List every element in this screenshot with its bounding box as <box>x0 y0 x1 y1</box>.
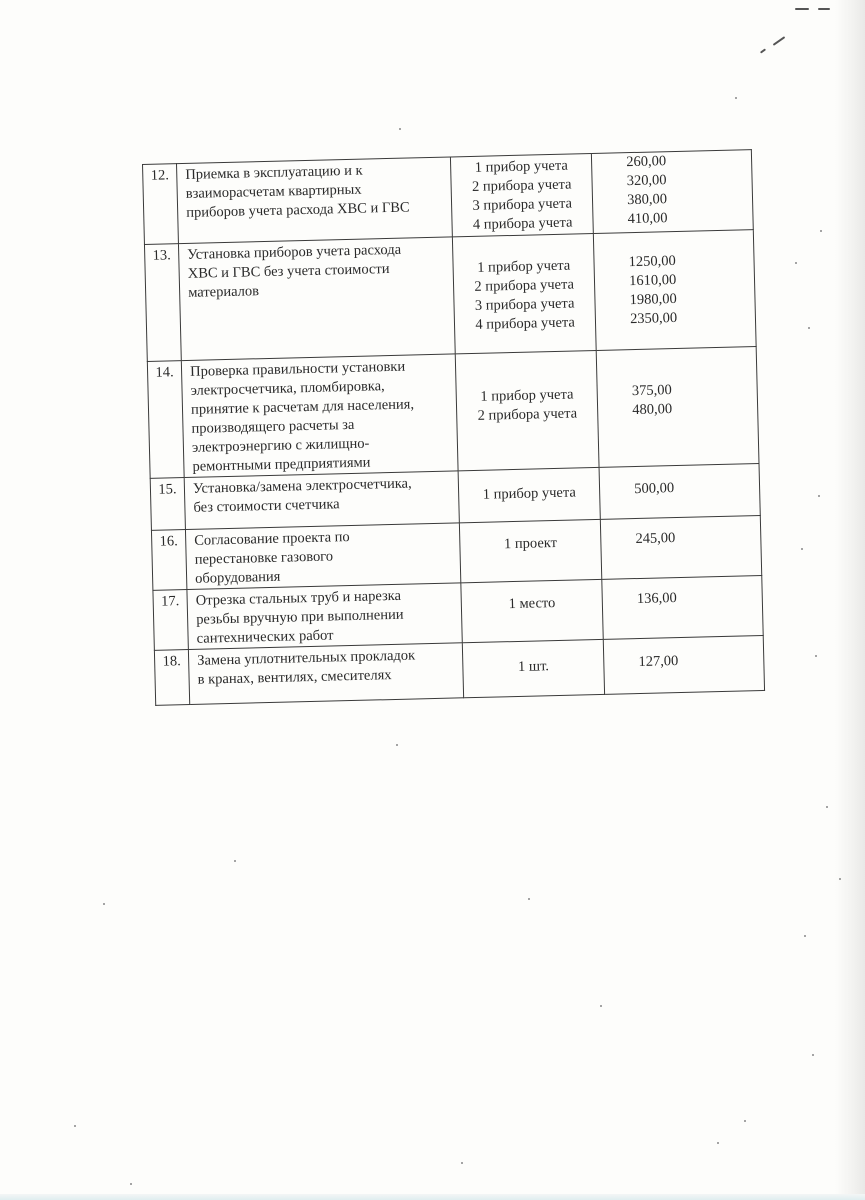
speck <box>399 128 401 130</box>
unit-of-measure: 1 прибор учета <box>458 467 600 522</box>
service-description: Замена уплотнительных прокладокв кранах,… <box>188 643 463 705</box>
price-line: 2350,00 <box>630 307 755 329</box>
speck <box>801 548 803 550</box>
row-number: 15. <box>150 478 185 531</box>
unit-of-measure: 1 место <box>461 579 603 642</box>
price-line: 136,00 <box>637 587 762 609</box>
table-row: 12.Приемка в эксплуатацию и квзаиморасче… <box>143 150 754 245</box>
unit-of-measure: 1 шт. <box>462 639 604 697</box>
service-description: Установка приборов учета расходаХВС и ГВ… <box>179 237 456 361</box>
speck <box>795 262 797 264</box>
unit-line: 1 проект <box>460 533 600 555</box>
scan-bottom-edge <box>0 1194 865 1200</box>
unit-line: 1 прибор учета <box>459 483 599 505</box>
scan-mark <box>818 8 830 10</box>
service-description: Приемка в эксплуатацию и квзаиморасчетам… <box>177 157 453 244</box>
table-row: 14.Проверка правильности установкиэлектр… <box>147 347 759 479</box>
speck <box>812 1054 814 1056</box>
speck <box>234 860 236 862</box>
price: 260,00320,00380,00410,00 <box>592 150 754 234</box>
price: 375,00480,00 <box>596 347 759 468</box>
service-description: Отрезка стальных труб и нарезкарезьбы вр… <box>187 583 462 650</box>
row-number: 17. <box>153 590 189 651</box>
unit-of-measure: 1 проект <box>459 519 601 582</box>
speck <box>717 1142 719 1144</box>
unit-line: 1 шт. <box>463 656 603 678</box>
unit-line: 2 прибора учета <box>457 404 597 426</box>
unit-of-measure: 1 прибор учета2 прибора учета3 прибора у… <box>452 233 596 353</box>
table-row: 13.Установка приборов учета расходаХВС и… <box>144 230 756 362</box>
speck <box>528 898 530 900</box>
service-description: Установка/замена электросчетчика,без сто… <box>184 471 459 530</box>
speck <box>461 1162 463 1164</box>
service-description: Проверка правильности установкиэлектросч… <box>181 354 458 478</box>
scan-mark <box>773 36 786 46</box>
price: 500,00 <box>599 464 760 520</box>
speck <box>600 1005 602 1007</box>
speck <box>744 1120 746 1122</box>
scan-mark <box>795 8 809 10</box>
speck <box>103 903 105 905</box>
speck <box>396 744 398 746</box>
service-description: Согласование проекта поперестановке газо… <box>186 523 461 590</box>
price-table-container: 12.Приемка в эксплуатацию и квзаиморасче… <box>142 149 765 706</box>
price: 245,00 <box>600 515 761 579</box>
price-line: 500,00 <box>634 477 759 499</box>
speck <box>735 97 737 99</box>
price-line: 410,00 <box>627 207 752 229</box>
unit-line: 4 прибора учета <box>455 313 595 335</box>
row-number: 16. <box>151 530 187 591</box>
row-number: 14. <box>147 361 184 479</box>
speck <box>74 1125 76 1127</box>
price-line: 480,00 <box>632 398 757 420</box>
price: 127,00 <box>603 635 764 694</box>
unit-of-measure: 1 прибор учета2 прибора учета <box>455 350 599 470</box>
speck <box>818 495 820 497</box>
speck <box>839 878 841 880</box>
price-line: 245,00 <box>635 527 760 549</box>
row-number: 12. <box>143 164 179 245</box>
scan-mark <box>760 48 766 53</box>
unit-line: 1 место <box>462 593 602 615</box>
speck <box>130 1183 132 1185</box>
speck <box>804 935 806 937</box>
row-number: 18. <box>154 650 189 706</box>
speck <box>808 327 810 329</box>
page-edge-shadow <box>835 0 865 1200</box>
unit-of-measure: 1 прибор учета2 прибора учета3 прибора у… <box>451 154 594 237</box>
price: 1250,001610,001980,002350,00 <box>593 230 756 351</box>
speck <box>826 806 828 808</box>
row-number: 13. <box>144 244 181 362</box>
speck <box>815 655 817 657</box>
unit-line: 4 прибора учета <box>452 213 592 235</box>
price-table: 12.Приемка в эксплуатацию и квзаиморасче… <box>142 149 765 706</box>
price: 136,00 <box>602 575 763 639</box>
price-line: 127,00 <box>638 650 763 672</box>
speck <box>820 230 822 232</box>
